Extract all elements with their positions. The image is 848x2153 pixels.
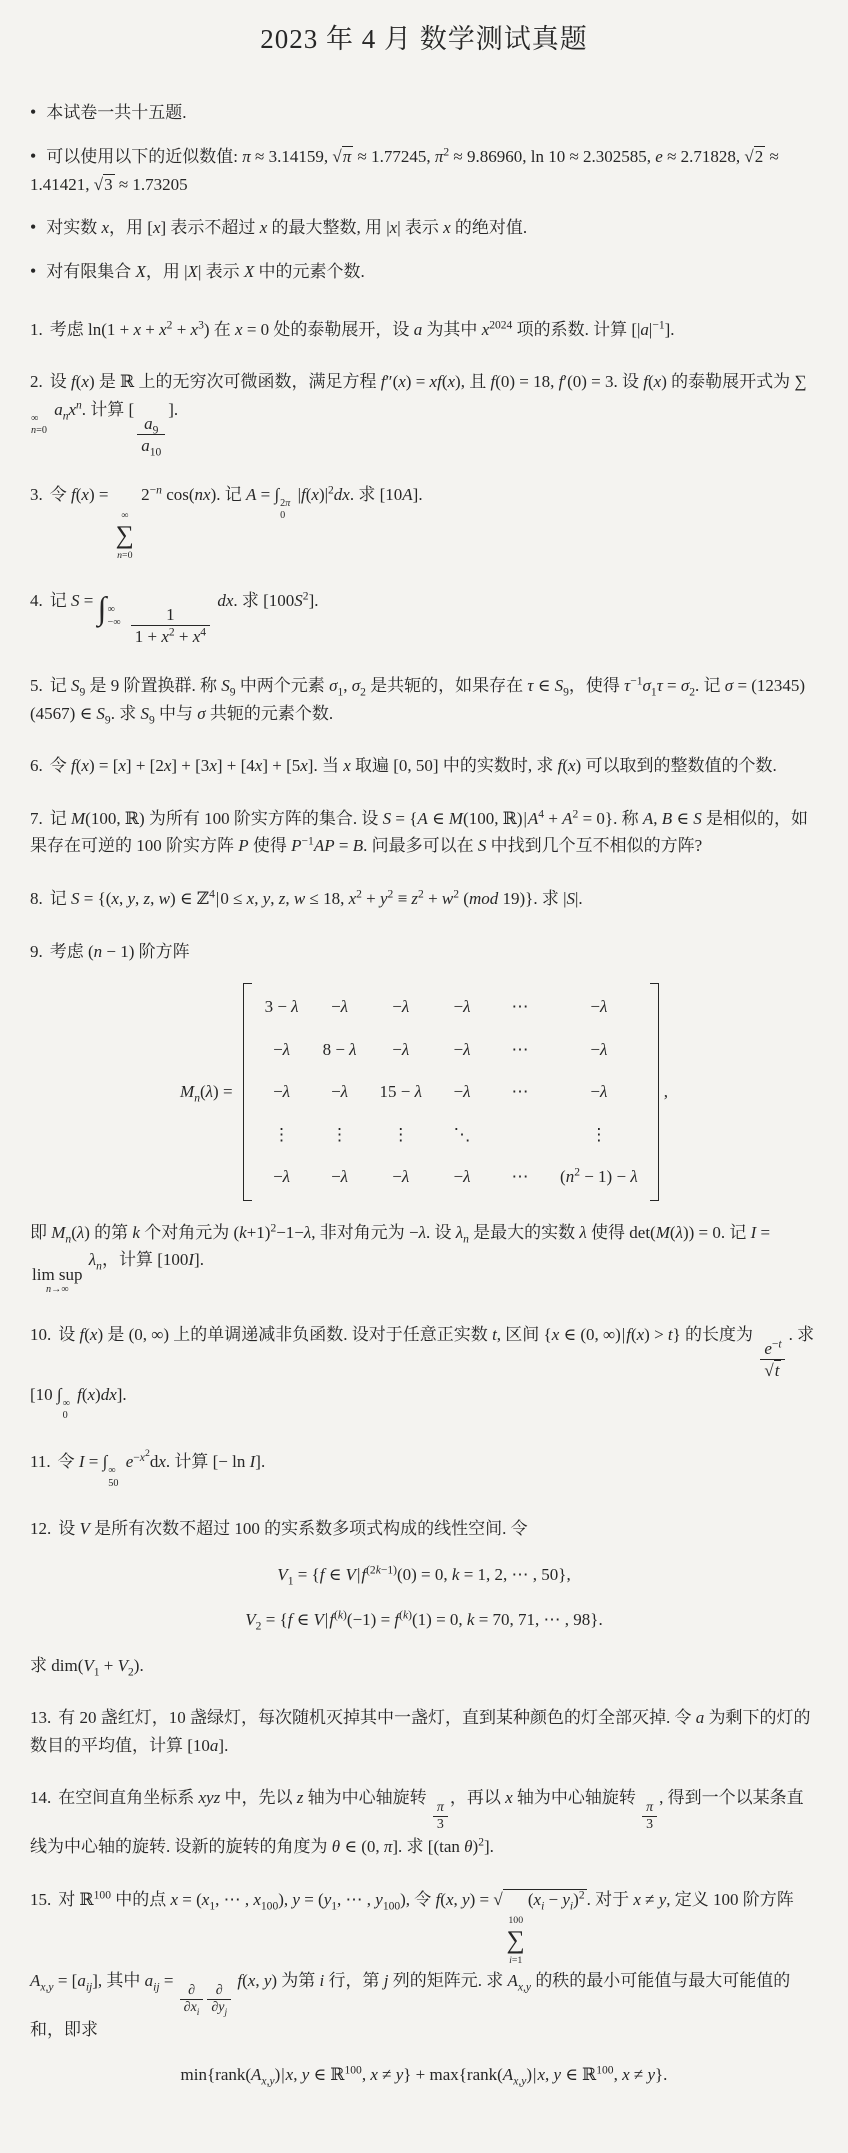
problem-text: 13.有 20 盏红灯，10 盏绿灯，每次随机灭掉其中一盏灯，直到某种颜色的灯全… [30, 1704, 818, 1759]
page-title: 2023 年 4 月 数学测试真题 [30, 18, 818, 62]
problem-number: 15. [30, 1890, 51, 1909]
bullet-icon: • [30, 142, 36, 171]
matrix-cell: −λ [380, 1036, 422, 1064]
problem-number: 11. [30, 1452, 51, 1471]
problem-item: 13.有 20 盏红灯，10 盏绿灯，每次随机灭掉其中一盏灯，直到某种颜色的灯全… [30, 1704, 818, 1759]
problem-number: 13. [30, 1708, 51, 1727]
display-equation: V1 = {f ∈ V|f(2k−1)(0) = 0, k = 1, 2, ⋯ … [30, 1561, 818, 1589]
problem-text: 2.设 f(x) 是 ℝ 上的无穷次可微函数，满足方程 f″(x) = xf(x… [30, 368, 818, 456]
problem-item: 1.考虑 ln(1 + x + x2 + x3) 在 x = 0 处的泰勒展开，… [30, 316, 818, 344]
matrix-cell: −λ [444, 1163, 480, 1191]
matrix-cell: ⋯ [502, 993, 538, 1021]
problem-number: 9. [30, 942, 43, 961]
matrix-cell: −λ [264, 1078, 300, 1106]
matrix-cell: ⋱ [444, 1121, 480, 1149]
problem-text: 4.记 S = ∫∞−∞ 11 + x2 + x4 dx. 求 [100S2]. [30, 587, 818, 647]
problem-text: 7.记 M(100, ℝ) 为所有 100 阶实方阵的集合. 设 S = {A … [30, 805, 818, 860]
note-text: 对实数 x，用 [x] 表示不超过 x 的最大整数, 用 |x| 表示 x 的绝… [46, 218, 527, 237]
problem-text: 11.令 I = ∫∞50 e−x2dx. 计算 [− ln I]. [30, 1448, 818, 1490]
matrix-cell: −λ [322, 1163, 358, 1191]
right-bracket [650, 983, 659, 1201]
matrix-cell: ⋮ [560, 1121, 638, 1149]
matrix-cell: −λ [322, 993, 358, 1021]
problem-item: 14.在空间直角坐标系 xyz 中，先以 z 轴为中心轴旋转 π3，再以 x 轴… [30, 1784, 818, 1860]
matrix-cell: −λ [380, 993, 422, 1021]
bullet-icon: • [30, 257, 36, 286]
matrix-cell: 3 − λ [264, 993, 300, 1021]
matrix-cell: −λ [560, 993, 638, 1021]
problem-text: 15.对 ℝ100 中的点 x = (x1, ⋯ , x100), y = (y… [30, 1886, 818, 2043]
note-text: 可以使用以下的近似数值: π ≈ 3.14159, √π ≈ 1.77245, … [30, 147, 779, 194]
problem-text: 8.记 S = {(x, y, z, w) ∈ ℤ4|0 ≤ x, y, z, … [30, 885, 818, 913]
note-item: •对有限集合 X，用 |X| 表示 X 中的元素个数. [30, 257, 818, 286]
problem-item: 15.对 ℝ100 中的点 x = (x1, ⋯ , x100), y = (y… [30, 1886, 818, 2089]
matrix-cell: −λ [444, 1078, 480, 1106]
problem-text: 即 Mn(λ) 的第 k 个对角元为 (k+1)2−1−λ, 非对角元为 −λ.… [30, 1219, 818, 1296]
problem-text: 9.考虑 (n − 1) 阶方阵 [30, 938, 818, 966]
problem-item: 12.设 V 是所有次数不超过 100 的实系数多项式构成的线性空间. 令V1 … [30, 1515, 818, 1679]
problem-number: 5. [30, 676, 43, 695]
matrix-cell: ⋯ [502, 1078, 538, 1106]
matrix-display: Mn(λ) =3 − λ−λ−λ−λ⋯−λ−λ8 − λ−λ−λ⋯−λ−λ−λ1… [30, 983, 818, 1201]
problem-number: 1. [30, 320, 43, 339]
matrix-grid: 3 − λ−λ−λ−λ⋯−λ−λ8 − λ−λ−λ⋯−λ−λ−λ15 − λ−λ… [252, 983, 650, 1201]
matrix-cell: (n2 − 1) − λ [560, 1163, 638, 1191]
problem-text: 1.考虑 ln(1 + x + x2 + x3) 在 x = 0 处的泰勒展开，… [30, 316, 818, 344]
problem-number: 2. [30, 372, 43, 391]
matrix-cell: 15 − λ [380, 1078, 422, 1106]
problem-number: 10. [30, 1325, 51, 1344]
note-text: 本试卷一共十五题. [46, 103, 186, 122]
matrix-cell: ⋯ [502, 1036, 538, 1064]
problem-item: 10.设 f(x) 是 (0, ∞) 上的单调递减非负函数. 设对于任意正实数 … [30, 1321, 818, 1423]
matrix-cell: ⋮ [380, 1121, 422, 1149]
note-text: 对有限集合 X，用 |X| 表示 X 中的元素个数. [46, 262, 364, 281]
problem-item: 7.记 M(100, ℝ) 为所有 100 阶实方阵的集合. 设 S = {A … [30, 805, 818, 860]
problem-text: 10.设 f(x) 是 (0, ∞) 上的单调递减非负函数. 设对于任意正实数 … [30, 1321, 818, 1423]
matrix-label: Mn(λ) = [180, 1078, 233, 1106]
matrix-cell: −λ [444, 1036, 480, 1064]
matrix: Mn(λ) =3 − λ−λ−λ−λ⋯−λ−λ8 − λ−λ−λ⋯−λ−λ−λ1… [180, 983, 668, 1201]
problem-number: 12. [30, 1519, 51, 1538]
matrix-cell: −λ [444, 993, 480, 1021]
problem-item: 9.考虑 (n − 1) 阶方阵Mn(λ) =3 − λ−λ−λ−λ⋯−λ−λ8… [30, 938, 818, 1296]
note-item: •对实数 x，用 [x] 表示不超过 x 的最大整数, 用 |x| 表示 x 的… [30, 213, 818, 242]
note-item: •可以使用以下的近似数值: π ≈ 3.14159, √π ≈ 1.77245,… [30, 142, 818, 198]
problem-item: 4.记 S = ∫∞−∞ 11 + x2 + x4 dx. 求 [100S2]. [30, 587, 818, 647]
matrix-cell: ⋮ [264, 1121, 300, 1149]
problem-item: 5.记 S9 是 9 阶置换群. 称 S9 中两个元素 σ1, σ2 是共轭的，… [30, 672, 818, 727]
problem-item: 8.记 S = {(x, y, z, w) ∈ ℤ4|0 ≤ x, y, z, … [30, 885, 818, 913]
problem-text: 12.设 V 是所有次数不超过 100 的实系数多项式构成的线性空间. 令 [30, 1515, 818, 1543]
document-page: { "page": { "title": "2023 年 4 月 数学测试真题"… [0, 0, 848, 2153]
note-item: •本试卷一共十五题. [30, 98, 818, 127]
matrix-cell: −λ [322, 1078, 358, 1106]
problem-number: 4. [30, 591, 43, 610]
matrix-suffix: , [664, 1078, 668, 1106]
notes-list: •本试卷一共十五题.•可以使用以下的近似数值: π ≈ 3.14159, √π … [30, 98, 818, 286]
problem-number: 14. [30, 1788, 51, 1807]
problem-item: 2.设 f(x) 是 ℝ 上的无穷次可微函数，满足方程 f″(x) = xf(x… [30, 368, 818, 456]
left-bracket [243, 983, 252, 1201]
display-equation: V2 = {f ∈ V|f(k)(−1) = f(k)(1) = 0, k = … [30, 1606, 818, 1634]
matrix-cell: −λ [264, 1036, 300, 1064]
bullet-icon: • [30, 98, 36, 127]
problem-item: 3.令 f(x) = ∞∑n=0 2−n cos(nx). 记 A = ∫2π0… [30, 481, 818, 562]
problem-item: 6.令 f(x) = [x] + [2x] + [3x] + [4x] + [5… [30, 752, 818, 780]
problem-number: 8. [30, 889, 43, 908]
bullet-icon: • [30, 213, 36, 242]
problem-item: 11.令 I = ∫∞50 e−x2dx. 计算 [− ln I]. [30, 1448, 818, 1490]
matrix-cell: −λ [560, 1078, 638, 1106]
matrix-cell: ⋯ [502, 1163, 538, 1191]
matrix-cell: 8 − λ [322, 1036, 358, 1064]
problem-number: 3. [30, 485, 43, 504]
problem-text: 6.令 f(x) = [x] + [2x] + [3x] + [4x] + [5… [30, 752, 818, 780]
matrix-cell: ⋮ [322, 1121, 358, 1149]
problem-text: 5.记 S9 是 9 阶置换群. 称 S9 中两个元素 σ1, σ2 是共轭的，… [30, 672, 818, 727]
matrix-cell: −λ [380, 1163, 422, 1191]
problem-text: 3.令 f(x) = ∞∑n=0 2−n cos(nx). 记 A = ∫2π0… [30, 481, 818, 562]
display-equation: min{rank(Ax,y)|x, y ∈ ℝ100, x ≠ y} + max… [30, 2061, 818, 2089]
problem-number: 7. [30, 809, 43, 828]
problems-list: 1.考虑 ln(1 + x + x2 + x3) 在 x = 0 处的泰勒展开，… [30, 316, 818, 2089]
problem-number: 6. [30, 756, 43, 775]
matrix-cell: −λ [264, 1163, 300, 1191]
problem-text: 求 dim(V1 + V2). [30, 1652, 818, 1680]
matrix-cell: −λ [560, 1036, 638, 1064]
problem-text: 14.在空间直角坐标系 xyz 中，先以 z 轴为中心轴旋转 π3，再以 x 轴… [30, 1784, 818, 1860]
